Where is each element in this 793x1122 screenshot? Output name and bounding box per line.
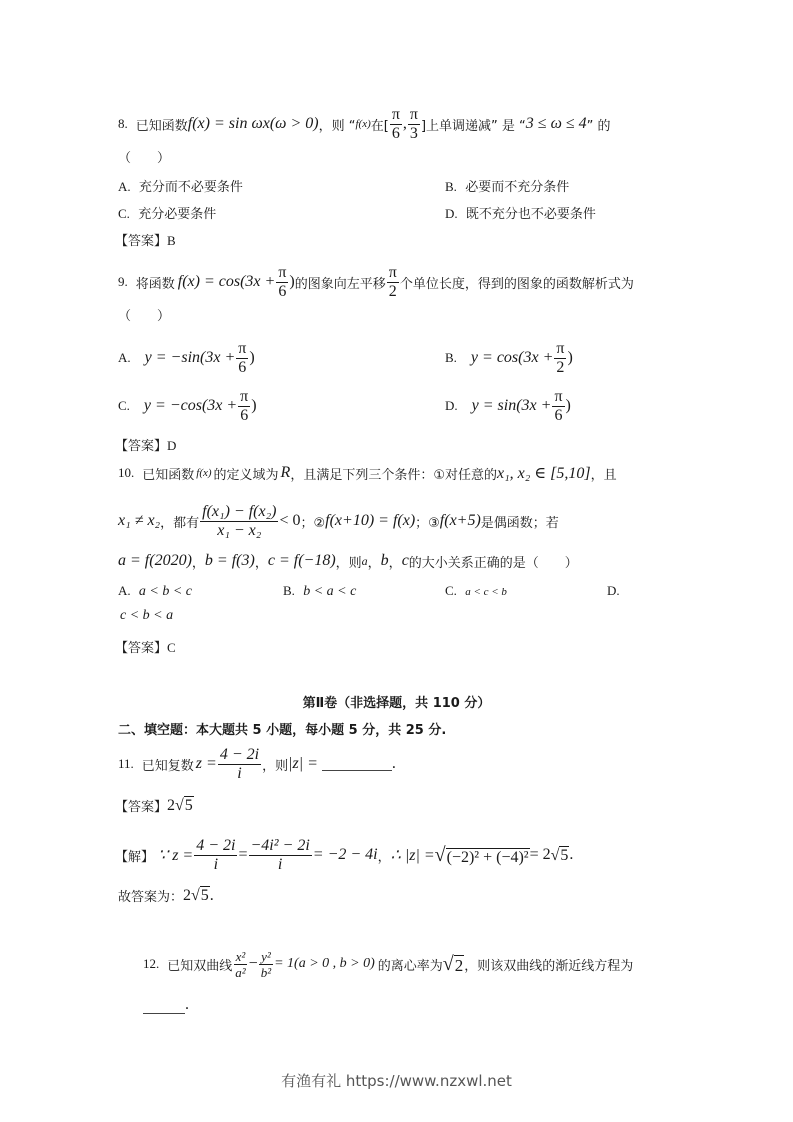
- q11-conclusion: 故答案为： 2 √5 .: [118, 886, 214, 905]
- section-subtitle: 二、填空题：本大题共 5 小题，每小题 5 分，共 25 分.: [118, 719, 446, 738]
- q8-fraction-pi-6: π6: [390, 107, 402, 142]
- q11-solution: 【解】 ∵ z = 4 − 2ii = −4i² − 2ii = −2 − 4i…: [115, 834, 573, 876]
- q8-option-b: B. 必要而不充分条件: [445, 176, 569, 195]
- q11-fraction: 4 − 2ii: [218, 747, 261, 782]
- q10-option-d-label: D.: [607, 583, 620, 599]
- q11-answer-blank[interactable]: [322, 757, 392, 771]
- q11-answer: 【答案】 2 √5: [115, 796, 194, 815]
- q8-stem: 8. 已知函数 f(x) = sin ωx(ω > 0) ，则 “ f(x) 在…: [118, 106, 611, 142]
- q9-option-a: A. y = −sin(3x + π6 ): [118, 340, 255, 376]
- q12-answer-line: .: [143, 996, 189, 1014]
- q8-option-c: C. 充分必要条件: [118, 203, 216, 222]
- sqrt-symbol: √2: [443, 953, 464, 976]
- sqrt-symbol: √5: [551, 846, 570, 865]
- q11-number: 11.: [118, 756, 134, 772]
- q12-stem: 12. 已知双曲线 x²a² − y²b² = 1(a > 0 , b > 0)…: [143, 944, 633, 984]
- q9-answer: 【答案】D: [115, 435, 176, 454]
- q9-number: 9.: [118, 274, 128, 290]
- q10-line1: 10. 已知函数 f(x) 的定义域为 R ，且满足下列三个条件：①对任意的 x…: [118, 462, 617, 484]
- q10-option-b: B. b < a < c: [283, 583, 356, 600]
- q9-option-d: D. y = sin(3x + π6 ): [445, 388, 571, 424]
- q8-number: 8.: [118, 116, 128, 132]
- q12-answer-blank[interactable]: [143, 1006, 185, 1014]
- q12-number: 12.: [143, 956, 159, 972]
- q10-option-a: A. a < b < c: [118, 583, 192, 600]
- q9-fraction: π6: [276, 265, 288, 300]
- q8-function: f(x) = sin ωx(ω > 0): [188, 115, 319, 133]
- q10-fraction: f(x₁) − f(x₂)x₁ − x₂: [200, 504, 278, 539]
- q10-number: 10.: [118, 465, 134, 481]
- q10-line2: x₁ ≠ x₂ ，都有 f(x₁) − f(x₂)x₁ − x₂ < 0 ；② …: [118, 498, 559, 544]
- q8-answer: 【答案】B: [115, 230, 176, 249]
- footer-watermark: 有渔有礼 https://www.nzxwl.net: [0, 1070, 793, 1091]
- sqrt-symbol: √5: [175, 796, 194, 815]
- q8-fraction-pi-3: π3: [408, 107, 420, 142]
- q8-condition: 3 ≤ ω ≤ 4: [526, 115, 587, 133]
- q11-stem: 11. 已知复数 z = 4 − 2ii ，则 |z| = .: [118, 744, 396, 784]
- q8-paren: （ ）: [118, 147, 170, 166]
- q10-option-c: C. a < c < b: [445, 583, 507, 599]
- q9-paren: （ ）: [118, 305, 170, 324]
- q9-option-b: B. y = cos(3x + π2 ): [445, 340, 573, 376]
- q10-option-d: c < b < a: [120, 608, 173, 624]
- q8-option-d: D. 既不充分也不必要条件: [445, 203, 596, 222]
- q10-line3: a = f(2020) ， b = f(3) ， c = f(−18) ，则 a…: [118, 550, 578, 572]
- section-title: 第Ⅱ卷（非选择题，共 110 分）: [0, 692, 793, 711]
- sqrt-symbol: √(−2)² + (−4)²: [435, 844, 530, 867]
- q9-option-c: C. y = −cos(3x + π6 ): [118, 388, 257, 424]
- q9-shift-fraction: π2: [387, 265, 399, 300]
- q10-answer: 【答案】C: [115, 637, 176, 656]
- q9-stem: 9. 将函数 f(x) = cos(3x + π6 ) 的图象向左平移 π2 个…: [118, 262, 634, 302]
- sqrt-symbol: √5: [191, 886, 210, 905]
- q8-option-a: A. 充分而不必要条件: [118, 176, 243, 195]
